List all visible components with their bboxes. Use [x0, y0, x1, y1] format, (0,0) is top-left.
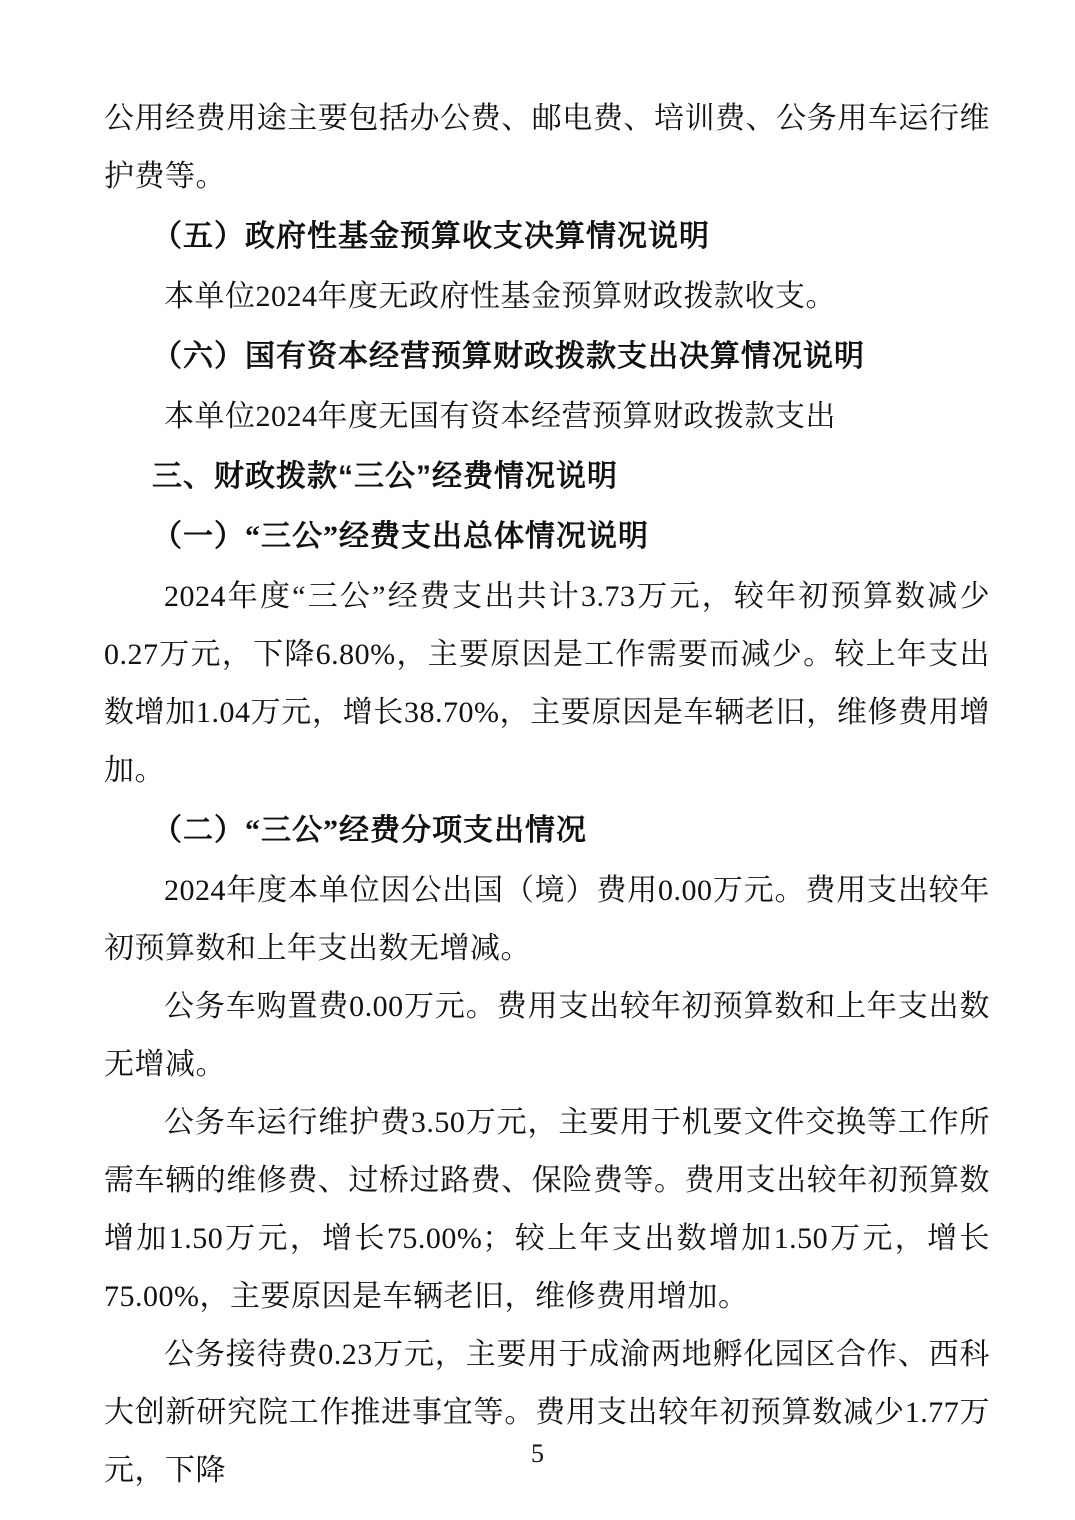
- document-page: 公用经费用途主要包括办公费、邮电费、培训费、公务用车运行维护费等。（五）政府性基…: [0, 0, 1075, 1520]
- paragraph: 2024年度本单位因公出国（境）费用0.00万元。费用支出较年初预算数和上年支出…: [104, 862, 990, 978]
- section-heading: （五）政府性基金预算收支决算情况说明: [104, 208, 990, 266]
- page-number: 5: [531, 1439, 544, 1468]
- paragraph: 本单位2024年度无政府性基金预算财政拨款收支。: [104, 268, 990, 326]
- paragraph: 2024年度“三公”经费支出共计3.73万元，较年初预算数减少0.27万元，下降…: [104, 568, 990, 800]
- section-heading: （二）“三公”经费分项支出情况: [104, 802, 990, 860]
- paragraph: 公务车购置费0.00万元。费用支出较年初预算数和上年支出数无增减。: [104, 978, 990, 1094]
- paragraph: 公务车运行维护费3.50万元，主要用于机要文件交换等工作所需车辆的维修费、过桥过…: [104, 1094, 990, 1326]
- document-content: 公用经费用途主要包括办公费、邮电费、培训费、公务用车运行维护费等。（五）政府性基…: [104, 90, 990, 1500]
- page-footer: 5: [0, 1434, 1075, 1474]
- chapter-heading: 三、财政拨款“三公”经费情况说明: [104, 448, 990, 506]
- section-heading: （一）“三公”经费支出总体情况说明: [104, 508, 990, 566]
- paragraph: 本单位2024年度无国有资本经营预算财政拨款支出: [104, 388, 990, 446]
- section-heading: （六）国有资本经营预算财政拨款支出决算情况说明: [104, 328, 990, 386]
- paragraph-continuation: 公用经费用途主要包括办公费、邮电费、培训费、公务用车运行维护费等。: [104, 90, 990, 206]
